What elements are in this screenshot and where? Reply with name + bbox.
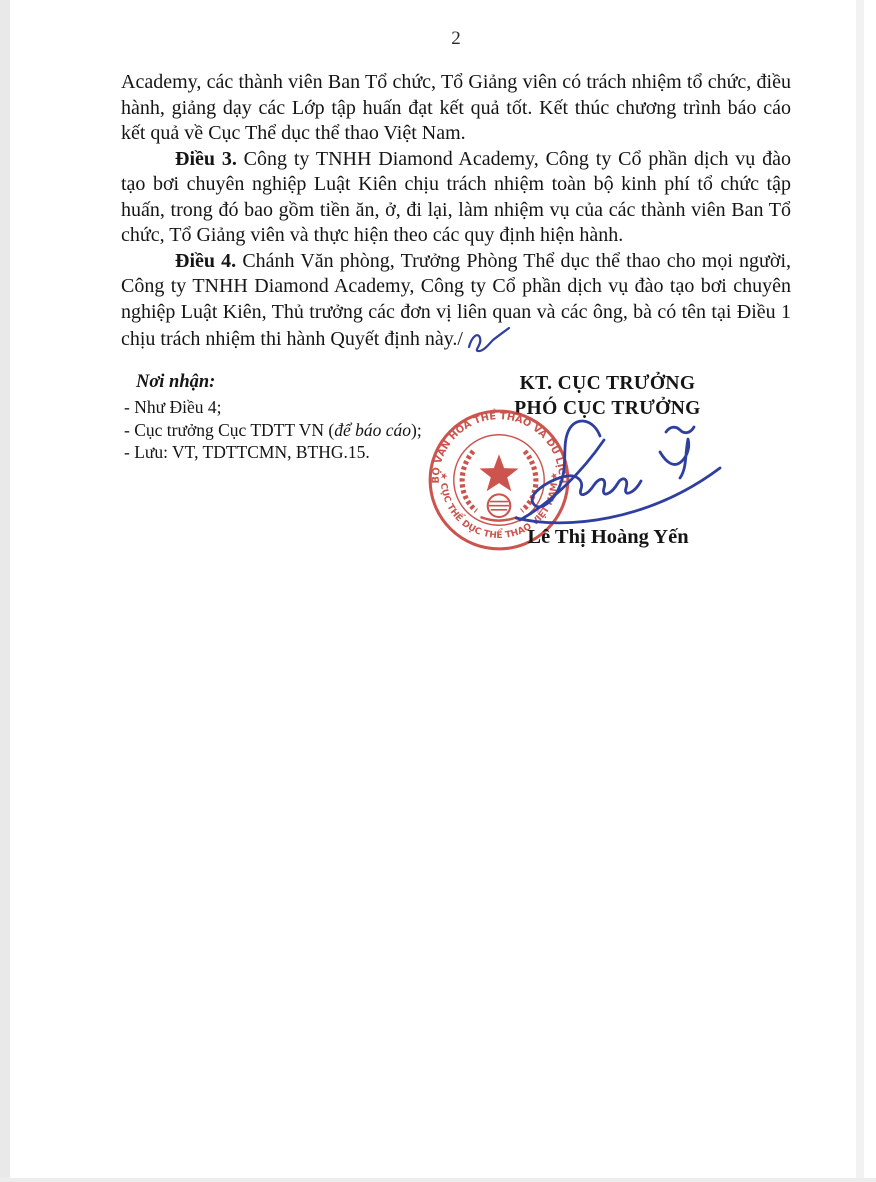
page-number: 2 — [121, 28, 791, 50]
signature-title-line1: KT. CỤC TRƯỞNG — [425, 371, 790, 396]
signer-name: Lê Thị Hoàng Yến — [498, 526, 718, 549]
page-edge-left — [0, 0, 10, 1182]
signature-paraph-icon — [465, 325, 511, 353]
recipient-item-3: - Lưu: VT, TDTTCMN, BTHG.15. — [124, 441, 454, 464]
handwritten-signature — [508, 410, 740, 534]
article-4-label: Điều 4. — [175, 250, 236, 272]
handwritten-signature-svg — [508, 410, 740, 534]
page-edge-right — [856, 0, 864, 1182]
recipient-item-2-suffix: ); — [411, 420, 422, 440]
recipient-item-2: - Cục trưởng Cục TDTT VN (để báo cáo); — [124, 419, 454, 442]
page-edge-bottom — [0, 1178, 876, 1182]
paragraph-continuation-text: Academy, các thành viên Ban Tổ chức, Tổ … — [121, 71, 791, 144]
article-4: Điều 4. Chánh Văn phòng, Trưởng Phòng Th… — [121, 249, 791, 354]
article-3-label: Điều 3. — [175, 148, 237, 170]
document-body: Academy, các thành viên Ban Tổ chức, Tổ … — [121, 70, 791, 353]
recipient-item-2-italic: để báo cáo — [334, 420, 411, 440]
recipient-item-2-prefix: - Cục trưởng Cục TDTT VN ( — [124, 420, 334, 440]
document-page: 2 Academy, các thành viên Ban Tổ chức, T… — [0, 0, 876, 1182]
paragraph-continuation: Academy, các thành viên Ban Tổ chức, Tổ … — [121, 70, 791, 147]
article-3: Điều 3. Công ty TNHH Diamond Academy, Cô… — [121, 147, 791, 249]
recipient-item-1: - Như Điều 4; — [124, 396, 454, 419]
recipients-heading: Nơi nhận: — [136, 372, 454, 393]
recipients-block: Nơi nhận: - Như Điều 4; - Cục trưởng Cục… — [124, 372, 454, 464]
